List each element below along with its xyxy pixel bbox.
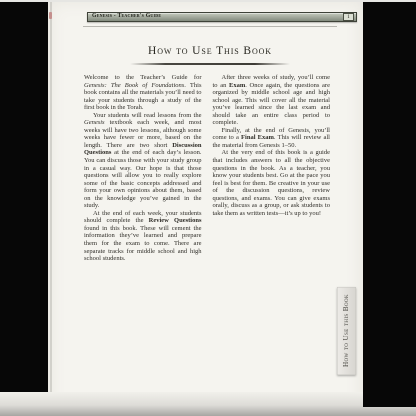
body-text: Welcome to the Teacher’s Guide for Genes… xyxy=(84,74,330,263)
side-tab-label: How to Use this Book xyxy=(343,294,350,367)
scan-top-edge xyxy=(0,0,416,2)
page-number: 1 xyxy=(343,13,354,21)
heading-rule-bottom xyxy=(130,63,290,65)
running-header-title: Genesis - Teacher's Guide xyxy=(92,14,161,20)
scanned-book-photo: Genesis - Teacher's Guide 1 How to Use T… xyxy=(0,0,416,416)
running-header-bar: Genesis - Teacher's Guide 1 xyxy=(87,12,357,22)
column-left: Welcome to the Teacher’s Guide for Genes… xyxy=(84,74,202,263)
paragraph: Welcome to the Teacher’s Guide for Genes… xyxy=(84,74,202,112)
paragraph: Your students will read lessons from the… xyxy=(84,112,202,210)
chapter-side-tab: How to Use this Book xyxy=(337,287,356,375)
heading-rule-top xyxy=(83,26,337,27)
page-left-edge xyxy=(50,0,52,416)
page-edge-mark xyxy=(49,12,52,19)
scan-bottom-edge xyxy=(0,392,416,416)
page-title: How to Use This Book xyxy=(83,45,337,57)
column-right: After three weeks of study, you’ll come … xyxy=(213,74,331,263)
book-page: Genesis - Teacher's Guide 1 How to Use T… xyxy=(48,0,363,416)
backdrop-right-band xyxy=(363,0,416,407)
paragraph: Finally, at the end of Genesis, you’ll c… xyxy=(213,127,331,150)
paragraph: After three weeks of study, you’ll come … xyxy=(213,74,331,127)
paragraph: At the end of each week, your students s… xyxy=(84,210,202,263)
paragraph: At the very end of this book is a guide … xyxy=(213,149,331,217)
